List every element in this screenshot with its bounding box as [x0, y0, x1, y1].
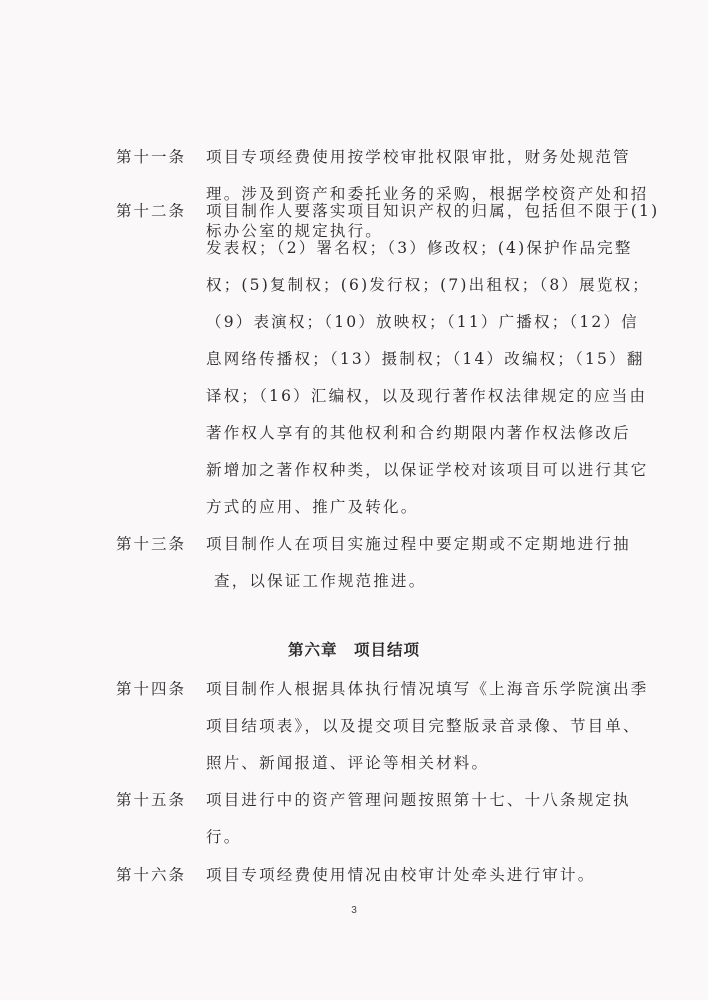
article-text-line: 照片、新闻报道、评论等相关材料。	[206, 751, 489, 773]
article-text-line: 行。	[206, 825, 241, 847]
article-text-line: 项目制作人根据具体执行情况填写《上海音乐学院演出季	[206, 677, 649, 699]
article-label: 第十六条	[116, 863, 186, 885]
article-text-line: 项目进行中的资产管理问题按照第十七、十八条规定执	[206, 788, 631, 810]
article-text-line: 译权；（16）汇编权，以及现行著作权法律规定的应当由	[206, 384, 647, 406]
article-label: 第十二条	[116, 199, 186, 221]
article-text-line: 项目制作人要落实项目知识产权的归属，包括但不限于(1)	[206, 199, 659, 221]
page-number: 3	[0, 905, 708, 916]
article-label: 第十五条	[116, 788, 186, 810]
article-text-line: 息网络传播权；（13）摄制权；（14）改编权；（15）翻	[206, 347, 645, 369]
article-text-line: 权；(5)复制权；(6)发行权；(7)出租权；（8）展览权；	[206, 273, 650, 295]
article-text-line: （9）表演权；（10）放映权；（11）广播权；（12）信	[206, 310, 639, 332]
article-text-line: 著作权人享有的其他权利和合约期限内著作权法修改后	[206, 421, 631, 443]
article-text-line: 项目制作人在项目实施过程中要定期或不定期地进行抽	[206, 532, 631, 554]
article-text-line: 项目结项表》，以及提交项目完整版录音录像、节目单、	[206, 714, 641, 736]
article-label: 第十四条	[116, 677, 186, 699]
article-label: 第十三条	[116, 532, 186, 554]
article-text-line: 项目专项经费使用情况由校审计处牵头进行审计。	[206, 863, 595, 885]
article-text-line: 新增加之著作权种类，以保证学校对该项目可以进行其它	[206, 458, 649, 480]
article-text-line: 项目专项经费使用按学校审批权限审批，财务处规范管	[206, 145, 631, 167]
document-page: 第十一条 项目专项经费使用按学校审批权限审批，财务处规范管 理。涉及到资产和委托…	[0, 0, 708, 1000]
article-text-line: 方式的应用、推广及转化。	[206, 495, 418, 517]
article-text-line: 查，以保证工作规范推进。	[214, 569, 426, 591]
article-label: 第十一条	[116, 145, 186, 167]
chapter-heading: 第六章 项目结项	[0, 638, 708, 660]
article-text-line: 发表权；（2）署名权；（3）修改权；(4)保护作品完整	[206, 236, 633, 258]
